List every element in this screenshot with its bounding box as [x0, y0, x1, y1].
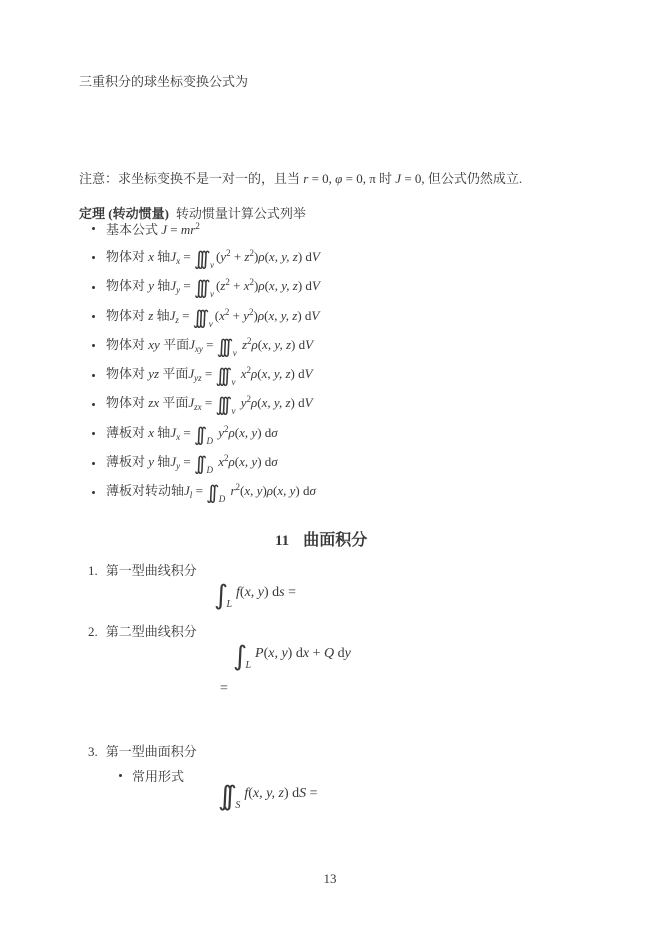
- inertia-list-item: 物体对 x 轴Jx = ∫∫∫v(y2 + z2)ρ(x, y, z) dV: [92, 243, 320, 272]
- bullet-dot: [119, 774, 122, 777]
- inertia-formula: 薄板对 x 轴Jx = ∫∫D y2ρ(x, y) dσ: [106, 422, 278, 446]
- section-title: 曲面积分: [303, 532, 367, 549]
- bullet-dot: [92, 286, 95, 289]
- inertia-list-item: 物体对 y 轴Jy = ∫∫∫v(z2 + x2)ρ(x, y, z) dV: [92, 273, 320, 302]
- bullet-dot: [92, 403, 95, 406]
- list-item-curve-integral-2: 2.第二型曲线积分: [88, 621, 197, 640]
- inertia-formula: 物体对 zx 平面Jzx = ∫∫∫v y2ρ(x, y, z) dV: [106, 392, 313, 416]
- item-label: 第一型曲面积分: [106, 744, 197, 759]
- item-number: 2.: [88, 624, 98, 639]
- note-paragraph: 注意：求坐标变换不是一对一的，且当 r = 0, φ = 0, π 时 J = …: [79, 168, 522, 187]
- inertia-list-item: 薄板对 x 轴Jx = ∫∫D y2ρ(x, y) dσ: [92, 419, 320, 448]
- inertia-list-item: 物体对 zx 平面Jzx = ∫∫∫v y2ρ(x, y, z) dV: [92, 390, 320, 419]
- inertia-list-item: 物体对 yz 平面Jyz = ∫∫∫v x2ρ(x, y, z) dV: [92, 360, 320, 389]
- bullet-dot: [92, 462, 95, 465]
- inertia-list-item: 物体对 xy 平面Jxy = ∫∫∫v z2ρ(x, y, z) dV: [92, 331, 320, 360]
- item-label: 第一型曲线积分: [106, 563, 197, 578]
- page-number: 13: [0, 871, 660, 887]
- display-formula-curve-integral-1: ∫Lf(x, y) ds =: [214, 578, 296, 608]
- list-item-curve-integral-1: 1.第一型曲线积分: [88, 560, 197, 579]
- bullet-dot: [92, 491, 95, 494]
- inertia-formula: 薄板对转动轴Jl = ∫∫D r2(x, y)ρ(x, y) dσ: [106, 480, 316, 504]
- inertia-formula: 物体对 x 轴Jx = ∫∫∫v(y2 + z2)ρ(x, y, z) dV: [106, 246, 320, 270]
- item-number: 3.: [88, 744, 98, 759]
- display-formula-surface-integral-1: ∫∫Sf(x, y, z) dS =: [218, 779, 318, 809]
- inertia-list-item: 基本公式 J = mr2: [92, 214, 320, 243]
- sub-item-label: 常用形式: [132, 766, 184, 785]
- inertia-formula: 物体对 xy 平面Jxy = ∫∫∫v z2ρ(x, y, z) dV: [106, 334, 313, 358]
- list-item-surface-integral-1: 3.第一型曲面积分: [88, 741, 197, 760]
- bullet-dot: [92, 374, 95, 377]
- item-number: 1.: [88, 563, 98, 578]
- intro-paragraph: 三重积分的球坐标变换公式为: [79, 71, 248, 90]
- document-page: 三重积分的球坐标变换公式为 注意：求坐标变换不是一对一的，且当 r = 0, φ…: [0, 0, 660, 933]
- inertia-formula: 基本公式 J = mr2: [106, 219, 200, 238]
- bullet-dot: [92, 256, 95, 259]
- inertia-list: 基本公式 J = mr2物体对 x 轴Jx = ∫∫∫v(y2 + z2)ρ(x…: [92, 214, 320, 507]
- display-formula-curve-integral-2-continued: =: [220, 674, 228, 704]
- item-label: 第二型曲线积分: [106, 624, 197, 639]
- inertia-formula: 物体对 y 轴Jy = ∫∫∫v(z2 + x2)ρ(x, y, z) dV: [106, 275, 320, 299]
- inertia-list-item: 薄板对 y 轴Jy = ∫∫D x2ρ(x, y) dσ: [92, 448, 320, 477]
- bullet-dot: [92, 432, 95, 435]
- inertia-formula: 物体对 z 轴Jz = ∫∫∫v(x2 + y2)ρ(x, y, z) dV: [106, 305, 319, 329]
- section-number: 11: [275, 533, 289, 549]
- inertia-formula: 物体对 yz 平面Jyz = ∫∫∫v x2ρ(x, y, z) dV: [106, 363, 313, 387]
- display-formula-curve-integral-2: ∫LP(x, y) dx + Q dy: [233, 639, 351, 669]
- sub-list-item-common-form: 常用形式: [119, 766, 184, 784]
- inertia-list-item: 薄板对转动轴Jl = ∫∫D r2(x, y)ρ(x, y) dσ: [92, 478, 320, 507]
- section-heading: 11曲面积分: [275, 527, 367, 550]
- inertia-formula: 薄板对 y 轴Jy = ∫∫D x2ρ(x, y) dσ: [106, 451, 278, 475]
- bullet-dot: [92, 344, 95, 347]
- bullet-dot: [92, 315, 95, 318]
- inertia-list-item: 物体对 z 轴Jz = ∫∫∫v(x2 + y2)ρ(x, y, z) dV: [92, 302, 320, 331]
- bullet-dot: [92, 227, 95, 230]
